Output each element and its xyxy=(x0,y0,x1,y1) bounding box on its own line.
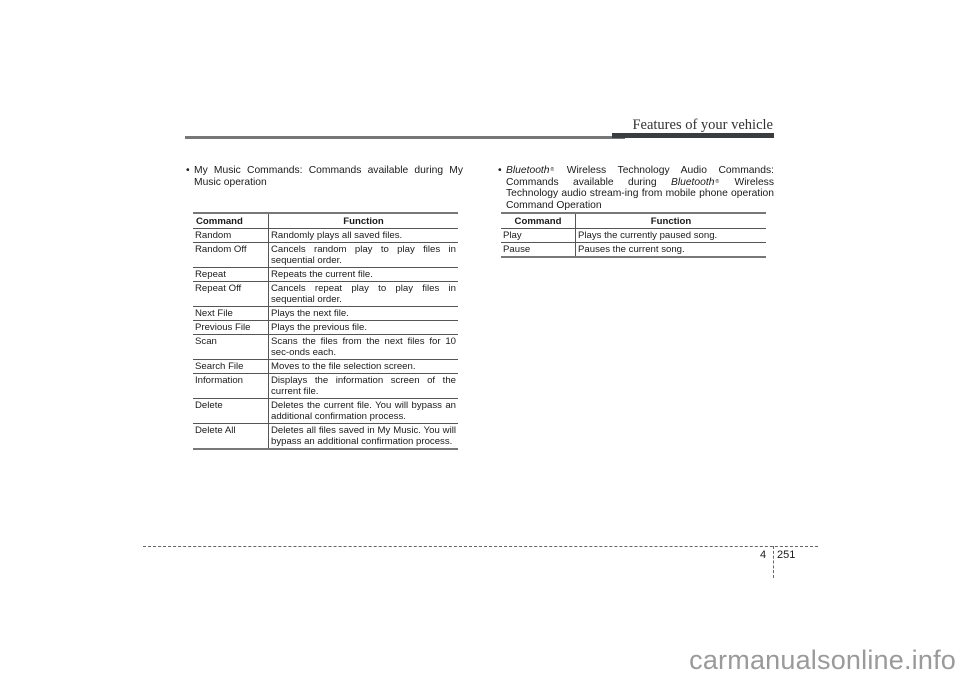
function-cell: Plays the next file. xyxy=(269,307,459,321)
function-cell: Pauses the current song. xyxy=(576,243,767,258)
bullet-icon: • xyxy=(186,165,194,177)
header-accent-bar xyxy=(612,133,774,138)
table-row: PlayPlays the currently paused song. xyxy=(501,229,766,243)
function-cell: Displays the information screen of the c… xyxy=(269,374,459,399)
command-cell: Information xyxy=(193,374,269,399)
my-music-intro-text: My Music Commands: Commands available du… xyxy=(194,165,463,188)
command-cell: Scan xyxy=(193,335,269,360)
chapter-number: 4 xyxy=(760,549,766,561)
table-row: Search FileMoves to the file selection s… xyxy=(193,360,458,374)
table-row: Random OffCancels random play to play fi… xyxy=(193,243,458,268)
registered-mark: ® xyxy=(715,179,719,185)
footer-vertical-divider xyxy=(773,546,774,578)
function-cell: Plays the currently paused song. xyxy=(576,229,767,243)
bluetooth-intro: •Bluetooth® Wireless Technology Audio Co… xyxy=(496,165,774,211)
command-cell: Delete xyxy=(193,399,269,424)
left-column: •My Music Commands: Commands available d… xyxy=(184,165,463,188)
table-row: DeleteDeletes the current file. You will… xyxy=(193,399,458,424)
watermark: carmanualsonline.info xyxy=(689,645,956,676)
column-header-function: Function xyxy=(576,213,767,229)
command-cell: Random xyxy=(193,229,269,243)
bluetooth-commands-table: Command Function PlayPlays the currently… xyxy=(501,212,766,258)
function-cell: Deletes all files saved in My Music. You… xyxy=(269,424,459,450)
function-cell: Plays the previous file. xyxy=(269,321,459,335)
command-cell: Repeat Off xyxy=(193,282,269,307)
table-row: Repeat OffCancels repeat play to play fi… xyxy=(193,282,458,307)
page-number: 251 xyxy=(777,549,795,561)
command-cell: Previous File xyxy=(193,321,269,335)
footer-divider xyxy=(143,546,818,547)
function-cell: Cancels repeat play to play files in seq… xyxy=(269,282,459,307)
table-header-row: Command Function xyxy=(501,213,766,229)
bluetooth-brand: Bluetooth xyxy=(506,165,550,176)
table-row: RandomRandomly plays all saved files. xyxy=(193,229,458,243)
command-cell: Pause xyxy=(501,243,576,258)
table-row: Delete AllDeletes all files saved in My … xyxy=(193,424,458,450)
column-header-function: Function xyxy=(269,213,459,229)
function-cell: Moves to the file selection screen. xyxy=(269,360,459,374)
table-row: Next FilePlays the next file. xyxy=(193,307,458,321)
my-music-commands-table: Command Function RandomRandomly plays al… xyxy=(193,212,458,450)
command-cell: Random Off xyxy=(193,243,269,268)
column-header-command: Command xyxy=(193,213,269,229)
table-row: RepeatRepeats the current file. xyxy=(193,268,458,282)
command-cell: Delete All xyxy=(193,424,269,450)
table-row: Previous FilePlays the previous file. xyxy=(193,321,458,335)
table-row: InformationDisplays the information scre… xyxy=(193,374,458,399)
command-cell: Repeat xyxy=(193,268,269,282)
my-music-intro: •My Music Commands: Commands available d… xyxy=(184,165,463,188)
table-row: PausePauses the current song. xyxy=(501,243,766,258)
command-cell: Next File xyxy=(193,307,269,321)
registered-mark: ® xyxy=(551,167,555,173)
function-cell: Cancels random play to play files in seq… xyxy=(269,243,459,268)
bluetooth-brand: Bluetooth xyxy=(671,177,715,188)
command-cell: Search File xyxy=(193,360,269,374)
function-cell: Scans the files from the next files for … xyxy=(269,335,459,360)
right-column: •Bluetooth® Wireless Technology Audio Co… xyxy=(496,165,774,211)
section-title: Features of your vehicle xyxy=(632,117,773,134)
function-cell: Repeats the current file. xyxy=(269,268,459,282)
table-header-row: Command Function xyxy=(193,213,458,229)
bullet-icon: • xyxy=(498,165,506,177)
header-divider xyxy=(185,136,625,139)
table-row: ScanScans the files from the next files … xyxy=(193,335,458,360)
function-cell: Randomly plays all saved files. xyxy=(269,229,459,243)
command-cell: Play xyxy=(501,229,576,243)
function-cell: Deletes the current file. You will bypas… xyxy=(269,399,459,424)
column-header-command: Command xyxy=(501,213,576,229)
